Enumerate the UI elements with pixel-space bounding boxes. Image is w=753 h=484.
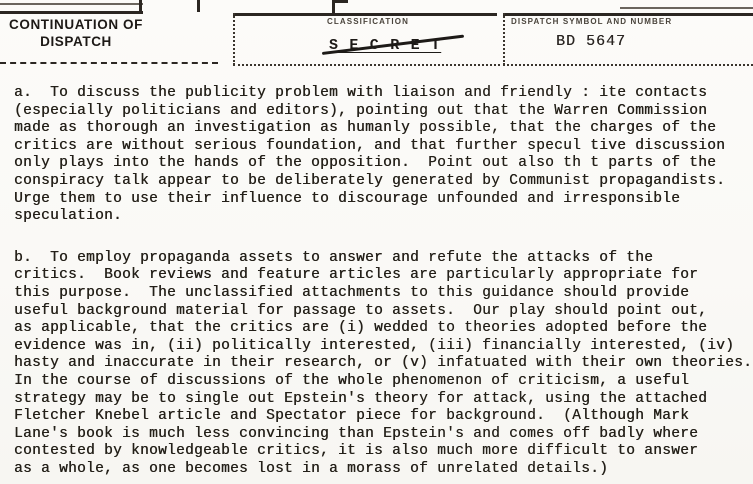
text-line: speculation.: [14, 208, 753, 226]
dispatch-number-value: BD 5647: [556, 33, 626, 50]
form-border: [503, 13, 753, 16]
document-body: a. To discuss the publicity problem with…: [14, 85, 753, 478]
text-line: strategy may be to single out Epstein's …: [14, 391, 753, 409]
classification-label: CLASSIFICATION: [233, 17, 503, 26]
text-line: critics. Book reviews and feature articl…: [14, 267, 753, 285]
scan-artifact: [332, 0, 348, 3]
form-border: [620, 7, 753, 9]
text-line: as applicable, that the critics are (i) …: [14, 320, 753, 338]
text-line: only plays into the hands of the opposit…: [14, 155, 753, 173]
dispatch-symbol-label: DISPATCH SYMBOL AND NUMBER: [511, 17, 672, 26]
form-border: [0, 62, 218, 64]
paragraph-b: b. To employ propaganda assets to answer…: [14, 250, 753, 479]
text-line: conspiracy talk appear to be deliberatel…: [14, 173, 753, 191]
text-line: a. To discuss the publicity problem with…: [14, 85, 753, 103]
text-line: as a whole, as one becomes lost in a mor…: [14, 461, 753, 479]
form-title-line1: CONTINUATION OF: [0, 17, 152, 34]
text-line: contested by knowledgeable critics, it i…: [14, 443, 753, 461]
text-line: hasty and inaccurate in their research, …: [14, 355, 753, 373]
form-border: [503, 13, 507, 65]
text-line: Lane's book is much less convincing than…: [14, 426, 753, 444]
text-line: made as thorough an investigation as hum…: [14, 120, 753, 138]
text-line: Urge them to use their influence to disc…: [14, 191, 753, 209]
form-border: [0, 11, 143, 14]
paragraph-a: a. To discuss the publicity problem with…: [14, 85, 753, 226]
text-line: evidence was in, (ii) politically intere…: [14, 338, 753, 356]
form-border: [503, 64, 753, 66]
form-border: [233, 13, 497, 16]
text-line: b. To employ propaganda assets to answer…: [14, 250, 753, 268]
scan-artifact: [197, 0, 200, 12]
form-title: CONTINUATION OF DISPATCH: [0, 17, 152, 50]
scan-artifact: [0, 3, 143, 5]
text-line: Fletcher Knebel article and Spectator pi…: [14, 408, 753, 426]
text-line: critics are without serious foundation, …: [14, 138, 753, 156]
text-line: (especially politicians and editors), po…: [14, 103, 753, 121]
text-line: In the course of discussions of the whol…: [14, 373, 753, 391]
document-page: CONTINUATION OF DISPATCH CLASSIFICATION …: [0, 0, 753, 484]
form-title-line2: DISPATCH: [0, 34, 152, 51]
text-line: useful background material for passage t…: [14, 303, 753, 321]
form-border: [233, 64, 500, 66]
text-line: this purpose. The unclassified attachmen…: [14, 285, 753, 303]
